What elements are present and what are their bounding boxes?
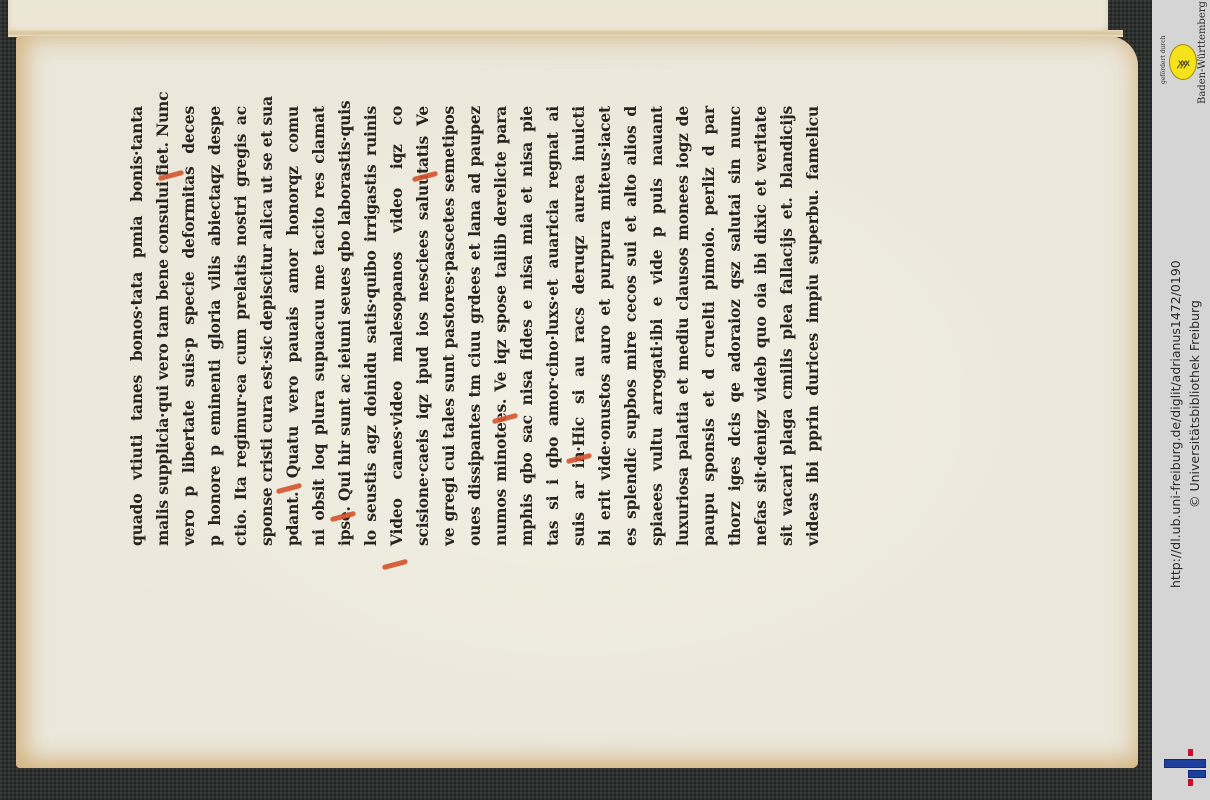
- page-text-block: quado vtiuti tanes bonos·tata pmia bonis…: [126, 128, 832, 568]
- text-line: vero p libertate suis·p specie deformita…: [178, 128, 202, 568]
- text-line: pdant. Quatu vero pauais amor honorqz co…: [282, 128, 306, 568]
- funded-by-label: gefördert durch: [1160, 36, 1167, 84]
- text-line: ctio. Ita regimur·ea cum prelatis nostri…: [230, 128, 254, 568]
- text-line: thorz iges dcis qe adoraioz qsz salutai …: [724, 128, 748, 568]
- state-label: Baden-Württemberg: [1197, 1, 1208, 104]
- text-line: nefas sit·denigz videb quo oia ibi dixic…: [750, 128, 774, 568]
- text-line: Video canes·video malesopanos video iqz …: [386, 128, 410, 568]
- text-line: numos minotees. Ve iqz spose taliib dere…: [490, 128, 514, 568]
- text-line: tas si i qbo amor·cino·luxs·et auaricia …: [542, 128, 566, 568]
- text-line: ni obsit loq plura supuacuu me tacito re…: [308, 128, 332, 568]
- text-line: videas ibi pprin durices impiu superbu. …: [802, 128, 826, 568]
- text-line: paupu sponsis et d cruelti pimoio. perli…: [698, 128, 722, 568]
- text-line: oues dissipantes tm ciuu grdees et lana …: [464, 128, 488, 568]
- text-line: es splendic supbos mire cecos sui et alt…: [620, 128, 644, 568]
- sidebar: gefördert durch ꭗꭗꭗ Baden-Württemberg ht…: [1152, 0, 1210, 800]
- text-line: suis ar in·Hic si au racs deruqz aurea i…: [568, 128, 592, 568]
- text-line: sit vacari plaga cmilis plea fallacijs e…: [776, 128, 800, 568]
- text-line: scisione·caeis iqz ipud ios nesciees sal…: [412, 128, 436, 568]
- text-line: ve gregi cui tales sunt pastores·pascete…: [438, 128, 462, 568]
- text-line: malis supplicia·qui vero tam bene consul…: [152, 128, 176, 568]
- text-line: sponse cristi cura est·sic depiscitur al…: [256, 128, 280, 568]
- text-line: luxuriosa palatia et mediu clausos monee…: [672, 128, 696, 568]
- ub-freiburg-logo-icon: [1162, 748, 1206, 790]
- baden-wuerttemberg-logo: ꭗꭗꭗ: [1169, 44, 1197, 80]
- text-line: ipse. Qui hir sunt ac ieiuni seues qbo l…: [334, 128, 358, 568]
- text-line: mphis qbo sac nisa fides e nisa mia et n…: [516, 128, 540, 568]
- text-line: lo seustis agz doinidu satis·quibo irrig…: [360, 128, 384, 568]
- text-line: quado vtiuti tanes bonos·tata pmia bonis…: [126, 128, 150, 568]
- copyright-label: © Universitätsbibliothek Freiburg: [1187, 300, 1202, 508]
- page-scan-viewer: quado vtiuti tanes bonos·tata pmia bonis…: [0, 0, 1152, 800]
- permalink-url[interactable]: http://dl.ub.uni-freiburg.de/diglit/adri…: [1168, 260, 1183, 588]
- text-line: spiaees vultu arrogati·ibi e vide p puis…: [646, 128, 670, 568]
- text-line: bi erit vide·onustos auro et purpura mit…: [594, 128, 618, 568]
- text-line: p honore p eminenti gloria vilis abiecta…: [204, 128, 228, 568]
